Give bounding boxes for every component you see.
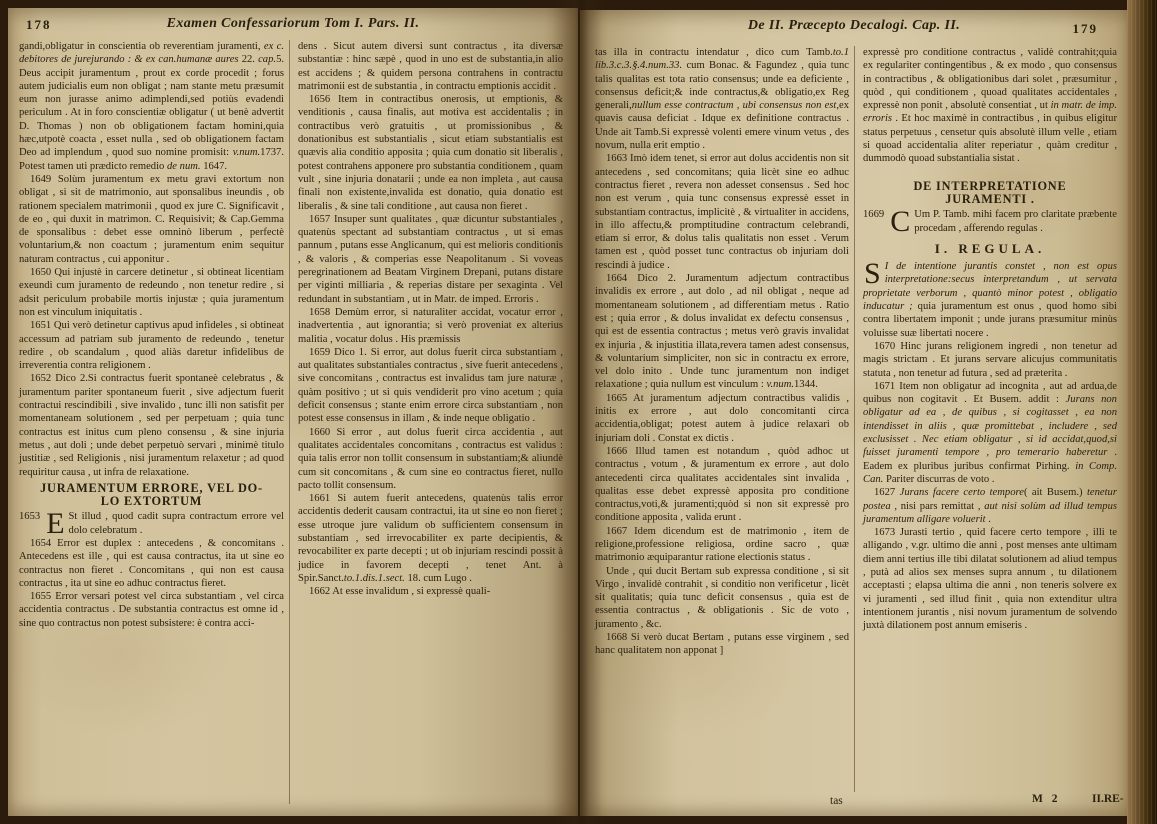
paragraph: 1664 Dico 2. Juramentum adjectum contrac… [595, 272, 849, 392]
paragraph: 1650 Qui injustè in carcere detinetur , … [19, 266, 284, 319]
body-text: 1660 Si error , aut dolus fuerit circa a… [298, 427, 563, 491]
paragraph: 1651 Qui verò detinetur captivus apud in… [19, 319, 284, 372]
body-text: 1658 Demùm error, si naturaliter accidat… [298, 307, 563, 345]
paragraph: 1659 Dico 1. Si error, aut dolus fuerit … [298, 346, 563, 426]
body-text: 1344. [794, 379, 818, 390]
paragraph: 1662 At esse invalidum , si expressè qua… [298, 585, 563, 598]
drop-cap: E [45, 510, 68, 536]
paragraph: 1667 Idem dicendum est de matrimonio , i… [595, 525, 849, 565]
right-page-number: 179 [1073, 21, 1099, 37]
right-running-title: De II. Præcepto Decalogi. Cap. II. [580, 18, 1128, 34]
section-heading: JURAMENTUM ERRORE, VEL DO- LO EXTORTUM [19, 482, 284, 509]
body-text: St illud , quod cadit supra contractum e… [69, 511, 284, 535]
body-text: 1647. [201, 161, 227, 172]
body-text: Um P. Tamb. mihi facem pro claritate præ… [914, 209, 1117, 233]
paragraph-number: 1669 [863, 208, 884, 221]
italic-text: nullum esse contractum , ubi consensus n… [632, 100, 837, 111]
paragraph: 1658 Demùm error, si naturaliter accidat… [298, 306, 563, 346]
body-text: dens . Sicut autem diversi sunt contract… [298, 41, 563, 92]
paragraph: 1671 Item non obligatur ad incognita , a… [863, 380, 1117, 486]
left-page-columns: gandi,obligatur in conscientia ob revere… [16, 40, 568, 804]
right-page-columns: tas illa in contractu intendatur , dico … [592, 46, 1122, 792]
left-page-column-1: gandi,obligatur in conscientia ob revere… [16, 40, 289, 804]
italic-text: v.num. [767, 379, 794, 390]
body-text: 1661 Si autem fuerit antecedens, quatenù… [298, 493, 563, 584]
paragraph: 1661 Si autem fuerit antecedens, quatenù… [298, 492, 563, 585]
paragraph-number: 1653 [19, 510, 40, 523]
body-text: 1668 Si verò ducat Bertam , putans esse … [595, 632, 849, 656]
body-text: 1663 Imò idem tenet, si error aut dolus … [595, 153, 849, 270]
italic-text: cap. [258, 54, 276, 65]
body-text: gandi,obligatur in conscientia ob revere… [19, 41, 264, 52]
body-text: 1649 Solùm juramentum ex metu gravi exto… [19, 174, 284, 265]
body-text: 18. cum Lugo . [405, 573, 472, 584]
signature-mark: M 2 [1032, 793, 1060, 805]
paragraph: 1660 Si error , aut dolus fuerit circa a… [298, 426, 563, 492]
section-heading: DE INTERPRETATIONE JURAMENTI . [863, 180, 1117, 207]
drop-cap: C [889, 208, 914, 234]
paragraph: 1668 Si verò ducat Bertam , putans esse … [595, 631, 849, 658]
body-text: ( ait Busem.) [1024, 487, 1087, 498]
body-text: 22. [242, 54, 258, 65]
book-fore-edge [1127, 0, 1157, 824]
book-scan: 178 Examen Confessariorum Tom I. Pars. I… [0, 0, 1157, 824]
left-page-header: 178 Examen Confessariorum Tom I. Pars. I… [8, 15, 578, 37]
body-text: 1673 Jurasti tertio , quid facere certo … [863, 527, 1117, 631]
body-text: 1659 Dico 1. Si error, aut dolus fuerit … [298, 347, 563, 424]
right-page: De II. Præcepto Decalogi. Cap. II. 179 t… [580, 10, 1128, 816]
paragraph-continuation: tas illa in contractu intendatur , dico … [595, 46, 849, 152]
body-text: Unde , qui ducit Bertam sub expressa con… [595, 566, 849, 630]
body-text: 1666 Illud tamen est notandum , quòd adh… [595, 446, 849, 523]
body-text: . [986, 514, 991, 525]
paragraph: 1670 Hinc jurans religionem ingredi , no… [863, 340, 1117, 380]
page-catchword: II.RE- [1092, 793, 1124, 805]
paragraph: 1652 Dico 2.Si contractus fuerit spontan… [19, 372, 284, 478]
body-text: , nisi pars remittat , [891, 501, 985, 512]
body-text: 1664 Dico 2. Juramentum adjectum contrac… [595, 273, 849, 390]
body-text: 1670 Hinc jurans religionem ingredi , no… [863, 341, 1117, 379]
body-text: 1652 Dico 2.Si contractus fuerit spontan… [19, 373, 284, 477]
body-text: . Et hoc maximè in contractibus , in qui… [863, 113, 1117, 164]
italic-text: Jurans facere certo tempore [900, 487, 1024, 498]
paragraph: 1655 Error versari potest vel circa subs… [19, 590, 284, 630]
left-running-title: Examen Confessariorum Tom I. Pars. II. [8, 16, 578, 32]
body-text: 1657 Insuper sunt qualitates , quæ dicun… [298, 214, 563, 305]
paragraph: 1657 Insuper sunt qualitates , quæ dicun… [298, 213, 563, 306]
paragraph: 1673 Jurasti tertio , quid facere certo … [863, 526, 1117, 632]
body-text: 1662 At esse invalidum , si expressè qua… [309, 586, 490, 597]
body-text: 1656 Item in contractibus onerosis, ut e… [298, 94, 563, 211]
body-text: 1650 Qui injustè in carcere detinetur , … [19, 267, 284, 318]
body-text: 1627 [874, 487, 900, 498]
paragraph-continuation: dens . Sicut autem diversi sunt contract… [298, 40, 563, 93]
italic-text: to.1.dis.1.sect. [344, 573, 405, 584]
body-text: 1667 Idem dicendum est de matrimonio , i… [595, 526, 849, 564]
paragraph: 1654 Error est duplex : antecedens , & c… [19, 537, 284, 590]
paragraph: 1669CUm P. Tamb. mihi facem pro claritat… [863, 208, 1117, 235]
italic-text: de num. [167, 161, 201, 172]
paragraph: SI de intentione jurantis constet , non … [863, 260, 1117, 340]
column-catchword: tas [830, 795, 843, 807]
body-text: 1654 Error est duplex : antecedens , & c… [19, 538, 284, 589]
body-text: 1655 Error versari potest vel circa subs… [19, 591, 284, 629]
paragraph: 1666 Illud tamen est notandum , quòd adh… [595, 445, 849, 525]
body-text: tas illa in contractu intendatur , dico … [595, 47, 833, 58]
paragraph: 1653ESt illud , quod cadit supra contrac… [19, 510, 284, 537]
left-page-column-2: dens . Sicut autem diversi sunt contract… [289, 40, 568, 804]
paragraph: 1627 Jurans facere certo tempore( ait Bu… [863, 486, 1117, 526]
body-text: 1651 Qui verò detinetur captivus apud in… [19, 320, 284, 371]
paragraph: 1663 Imò idem tenet, si error aut dolus … [595, 152, 849, 272]
italic-text: v.num. [233, 147, 260, 158]
bottom-marks: tas M 2 II.RE- [580, 793, 1128, 809]
body-text: 5. Deus accipit juramentum , prout ex co… [19, 54, 284, 158]
paragraph: Unde , qui ducit Bertam sub expressa con… [595, 565, 849, 631]
drop-cap: S [863, 260, 885, 286]
left-page: 178 Examen Confessariorum Tom I. Pars. I… [8, 8, 578, 816]
right-page-column-1: tas illa in contractu intendatur , dico … [592, 46, 854, 792]
body-text: Pariter discurras de voto . [883, 474, 994, 485]
paragraph: 1665 At juramentum adjectum contractibus… [595, 392, 849, 445]
paragraph-continuation: gandi,obligatur in conscientia ob revere… [19, 40, 284, 173]
right-page-column-2: expressè pro conditione contractus , val… [854, 46, 1122, 792]
paragraph: 1656 Item in contractibus onerosis, ut e… [298, 93, 563, 213]
paragraph-continuation: expressè pro conditione contractus , val… [863, 46, 1117, 166]
section-heading: I. REGULA. [863, 242, 1117, 255]
paragraph: 1649 Solùm juramentum ex metu gravi exto… [19, 173, 284, 266]
body-text: 1665 At juramentum adjectum contractibus… [595, 393, 849, 444]
right-page-header: De II. Præcepto Decalogi. Cap. II. 179 [580, 17, 1128, 39]
